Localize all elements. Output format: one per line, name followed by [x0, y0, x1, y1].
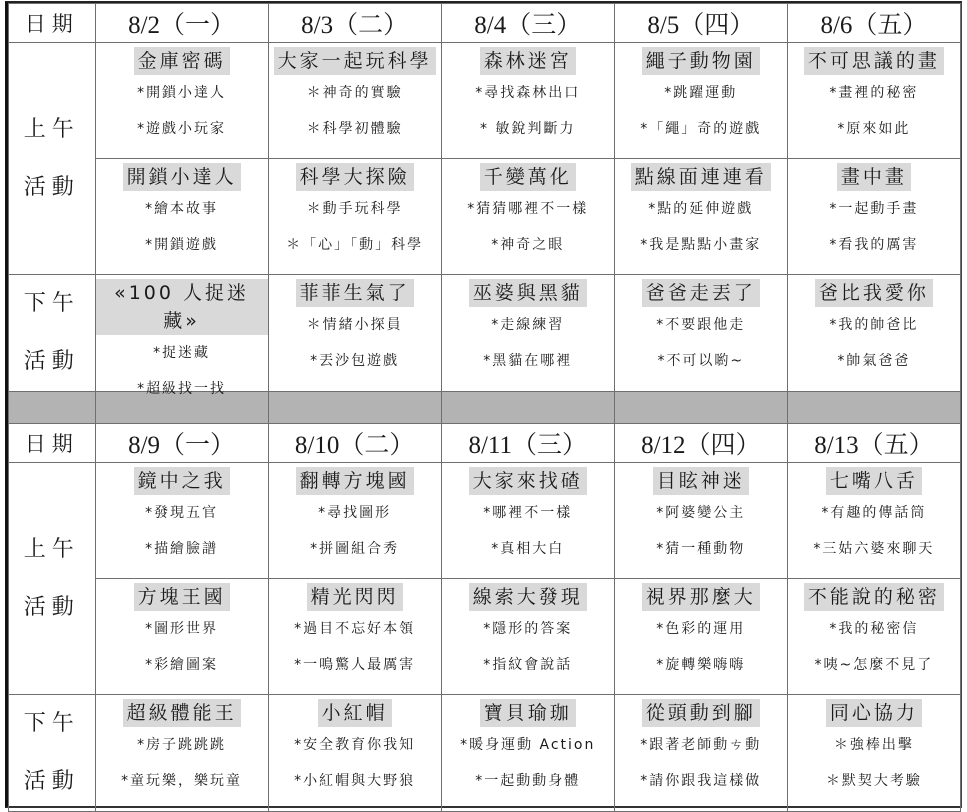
- activity-cell: 同心協力＊強棒出擊＊默契大考驗: [787, 695, 960, 812]
- activity-title: 點線面連連看: [631, 163, 771, 191]
- activity-block: 從頭動到腳*跟著老師動ㄘ動*請你跟我這樣做: [615, 695, 787, 810]
- activity-title: 森林迷宮: [480, 47, 576, 75]
- activity-cell: 視界那麼大*色彩的運用*旋轉樂嗨嗨: [614, 579, 787, 695]
- activity-item: *跳躍運動: [615, 75, 787, 111]
- activity-title: 超級體能王: [123, 699, 241, 727]
- activity-block: «100 人捉迷藏»*捉迷藏*超級找一找: [96, 275, 268, 390]
- activity-title: «100 人捉迷藏»: [96, 279, 268, 335]
- activity-item: *小紅帽與大野狼: [269, 763, 441, 799]
- activity-item: *有趣的傳話筒: [788, 495, 960, 531]
- activity-item: *哪裡不一樣: [442, 495, 614, 531]
- activity-block: 精光閃閃*過目不忘好本領*一鳴驚人最厲害: [269, 579, 441, 694]
- activity-title: 視界那麼大: [642, 583, 760, 611]
- activity-title: 從頭動到腳: [642, 699, 760, 727]
- activity-block: 大家一起玩科學＊神奇的實驗＊科學初體驗: [269, 43, 441, 158]
- activity-item: *猜一種動物: [615, 531, 787, 567]
- activity-title: 七嘴八舌: [826, 467, 922, 495]
- activity-title: 巫婆與黑貓: [469, 279, 587, 307]
- am1-row: 上午活動鏡中之我*發現五官*描繪臉譜翻轉方塊國*尋找圖形*拼圖組合秀大家來找碴*…: [9, 463, 961, 579]
- date-text: 8/13（五）: [814, 432, 933, 459]
- period-label-line: 活動: [9, 333, 95, 391]
- am1-row: 上午活動金庫密碼*開鎖小達人*遊戲小玩家大家一起玩科學＊神奇的實驗＊科學初體驗森…: [9, 43, 961, 159]
- activity-block: 開鎖小達人*繪本故事*開鎖遊戲: [96, 159, 268, 274]
- activity-item: *阿婆變公主: [615, 495, 787, 531]
- activity-title: 鏡中之我: [134, 467, 230, 495]
- separator-cell: [441, 392, 614, 424]
- activity-cell: 菲菲生氣了＊情緒小探員*丟沙包遊戲: [268, 275, 441, 392]
- period-label-line: 活動: [9, 753, 95, 811]
- date-cell: 8/12（四）: [614, 424, 787, 463]
- activity-item: * 敏銳判斷力: [442, 111, 614, 147]
- period-label-line: 下午: [9, 275, 95, 333]
- activity-block: 翻轉方塊國*尋找圖形*拼圖組合秀: [269, 463, 441, 578]
- activity-block: 爸比我愛你*我的帥爸比*帥氣爸爸: [788, 275, 960, 390]
- activity-item: *看我的厲害: [788, 227, 960, 263]
- activity-item: *不可以喲~: [615, 343, 787, 379]
- activity-title: 目眩神迷: [653, 467, 749, 495]
- activity-cell: 金庫密碼*開鎖小達人*遊戲小玩家: [95, 43, 268, 159]
- date-text: 8/11（三）: [468, 432, 587, 459]
- activity-item: *遊戲小玩家: [96, 111, 268, 147]
- activity-block: 繩子動物園*跳躍運動*「繩」奇的遊戲: [615, 43, 787, 158]
- date-cell: 8/13（五）: [787, 424, 960, 463]
- activity-item: *繪本故事: [96, 191, 268, 227]
- period-label-line: 活動: [9, 159, 95, 217]
- activity-cell: 從頭動到腳*跟著老師動ㄘ動*請你跟我這樣做: [614, 695, 787, 812]
- activity-block: 畫中畫*一起動手畫*看我的厲害: [788, 159, 960, 274]
- activity-item: ＊情緒小探員: [269, 307, 441, 343]
- activity-item: *真相大白: [442, 531, 614, 567]
- activity-item: *過目不忘好本領: [269, 611, 441, 647]
- activity-item: *彩繪圖案: [96, 647, 268, 683]
- activity-title: 線索大發現: [469, 583, 587, 611]
- activity-item: *我的帥爸比: [788, 307, 960, 343]
- period-label-line: 下午: [9, 695, 95, 753]
- date-header-row: 日期8/2（一）8/3（二）8/4（三）8/5（四）8/6（五）: [9, 4, 961, 43]
- activity-item: *原來如此: [788, 111, 960, 147]
- afternoon-activities-label: 下午活動: [9, 275, 96, 392]
- pm-row: 下午活動超級體能王*房子跳跳跳*童玩樂，樂玩童小紅帽*安全教育你我知*小紅帽與大…: [9, 695, 961, 812]
- date-cell: 8/5（四）: [614, 4, 787, 43]
- activity-cell: 千變萬化*猜猜哪裡不一樣*神奇之眼: [441, 159, 614, 275]
- activity-item: *咦~怎麼不見了: [788, 647, 960, 683]
- activity-item: *走線練習: [442, 307, 614, 343]
- activity-cell: 目眩神迷*阿婆變公主*猜一種動物: [614, 463, 787, 579]
- activity-item: *開鎖小達人: [96, 75, 268, 111]
- activity-item: *開鎖遊戲: [96, 227, 268, 263]
- activity-block: 巫婆與黑貓*走線練習*黑貓在哪裡: [442, 275, 614, 390]
- activity-cell: 不可思議的畫*畫裡的秘密*原來如此: [787, 43, 960, 159]
- activity-block: 森林迷宮*尋找森林出口* 敏銳判斷力: [442, 43, 614, 158]
- activity-title: 翻轉方塊國: [296, 467, 414, 495]
- activity-cell: 點線面連連看*點的延伸遊戲*我是點點小畫家: [614, 159, 787, 275]
- activity-item: *一鳴驚人最厲害: [269, 647, 441, 683]
- activity-block: 千變萬化*猜猜哪裡不一樣*神奇之眼: [442, 159, 614, 274]
- activity-cell: 爸比我愛你*我的帥爸比*帥氣爸爸: [787, 275, 960, 392]
- date-text: 8/5（四）: [647, 12, 754, 39]
- activity-block: 不能說的秘密*我的秘密信*咦~怎麼不見了: [788, 579, 960, 694]
- activity-cell: 大家來找碴*哪裡不一樣*真相大白: [441, 463, 614, 579]
- date-label: 日期: [25, 432, 79, 456]
- activity-item: *跟著老師動ㄘ動: [615, 727, 787, 763]
- activity-title: 畫中畫: [837, 163, 911, 191]
- activity-item: *拼圖組合秀: [269, 531, 441, 567]
- date-header-row: 日期8/9（一）8/10（二）8/11（三）8/12（四）8/13（五）: [9, 424, 961, 463]
- activity-block: 方塊王國*圖形世界*彩繪圖案: [96, 579, 268, 694]
- separator-cell: [614, 392, 787, 424]
- activity-item: *畫裡的秘密: [788, 75, 960, 111]
- activity-cell: 小紅帽*安全教育你我知*小紅帽與大野狼: [268, 695, 441, 812]
- activity-title: 方塊王國: [134, 583, 230, 611]
- activity-block: 超級體能王*房子跳跳跳*童玩樂，樂玩童: [96, 695, 268, 810]
- activity-cell: 大家一起玩科學＊神奇的實驗＊科學初體驗: [268, 43, 441, 159]
- activity-block: 目眩神迷*阿婆變公主*猜一種動物: [615, 463, 787, 578]
- date-cell: 8/10（二）: [268, 424, 441, 463]
- activity-title: 大家一起玩科學: [274, 47, 436, 75]
- activity-cell: 繩子動物園*跳躍運動*「繩」奇的遊戲: [614, 43, 787, 159]
- activity-title: 爸比我愛你: [815, 279, 933, 307]
- activity-title: 精光閃閃: [307, 583, 403, 611]
- activity-block: 視界那麼大*色彩的運用*旋轉樂嗨嗨: [615, 579, 787, 694]
- activity-cell: 科學大探險＊動手玩科學＊「心」「動」科學: [268, 159, 441, 275]
- date-text: 8/2（一）: [128, 12, 235, 39]
- activity-title: 小紅帽: [318, 699, 392, 727]
- date-text: 8/10（二）: [295, 432, 414, 459]
- activity-item: *隱形的答案: [442, 611, 614, 647]
- activity-item: *一起動手畫: [788, 191, 960, 227]
- date-text: 8/9（一）: [128, 432, 235, 459]
- pm-row: 下午活動«100 人捉迷藏»*捉迷藏*超級找一找菲菲生氣了＊情緒小探員*丟沙包遊…: [9, 275, 961, 392]
- activity-item: *暖身運動 Action: [442, 727, 614, 763]
- activity-item: ＊神奇的實驗: [269, 75, 441, 111]
- am2-row: 開鎖小達人*繪本故事*開鎖遊戲科學大探險＊動手玩科學＊「心」「動」科學千變萬化*…: [9, 159, 961, 275]
- activity-block: 小紅帽*安全教育你我知*小紅帽與大野狼: [269, 695, 441, 810]
- activity-item: *色彩的運用: [615, 611, 787, 647]
- morning-activities-label: 上午活動: [9, 43, 96, 275]
- date-label-cell: 日期: [9, 4, 96, 43]
- activity-block: 點線面連連看*點的延伸遊戲*我是點點小畫家: [615, 159, 787, 274]
- activity-block: 菲菲生氣了＊情緒小探員*丟沙包遊戲: [269, 275, 441, 390]
- date-cell: 8/11（三）: [441, 424, 614, 463]
- morning-activities-label: 上午活動: [9, 463, 96, 695]
- period-label-line: 活動: [9, 579, 95, 637]
- date-cell: 8/2（一）: [95, 4, 268, 43]
- activity-item: ＊科學初體驗: [269, 111, 441, 147]
- activity-item: *猜猜哪裡不一樣: [442, 191, 614, 227]
- date-text: 8/4（三）: [474, 12, 581, 39]
- activity-block: 科學大探險＊動手玩科學＊「心」「動」科學: [269, 159, 441, 274]
- activity-item: *黑貓在哪裡: [442, 343, 614, 379]
- activity-cell: 超級體能王*房子跳跳跳*童玩樂，樂玩童: [95, 695, 268, 812]
- afternoon-activities-label: 下午活動: [9, 695, 96, 812]
- separator-cell: [9, 392, 96, 424]
- activity-title: 開鎖小達人: [123, 163, 241, 191]
- activity-cell: 方塊王國*圖形世界*彩繪圖案: [95, 579, 268, 695]
- activity-block: 鏡中之我*發現五官*描繪臉譜: [96, 463, 268, 578]
- activity-item: *「繩」奇的遊戲: [615, 111, 787, 147]
- activity-title: 金庫密碼: [134, 47, 230, 75]
- activity-item: *神奇之眼: [442, 227, 614, 263]
- activity-cell: 不能說的秘密*我的秘密信*咦~怎麼不見了: [787, 579, 960, 695]
- activity-cell: 精光閃閃*過目不忘好本領*一鳴驚人最厲害: [268, 579, 441, 695]
- activity-title: 不能說的秘密: [804, 583, 944, 611]
- separator-cell: [787, 392, 960, 424]
- activity-title: 不可思議的畫: [804, 47, 944, 75]
- activity-item: ＊「心」「動」科學: [269, 227, 441, 263]
- date-text: 8/3（二）: [301, 12, 408, 39]
- activity-block: 同心協力＊強棒出擊＊默契大考驗: [788, 695, 960, 810]
- activity-item: *描繪臉譜: [96, 531, 268, 567]
- date-cell: 8/6（五）: [787, 4, 960, 43]
- activity-block: 大家來找碴*哪裡不一樣*真相大白: [442, 463, 614, 578]
- activity-item: *不要跟他走: [615, 307, 787, 343]
- activity-item: *圖形世界: [96, 611, 268, 647]
- activity-item: *帥氣爸爸: [788, 343, 960, 379]
- activity-cell: 鏡中之我*發現五官*描繪臉譜: [95, 463, 268, 579]
- activity-cell: 寶貝瑜珈*暖身運動 Action*一起動動身體: [441, 695, 614, 812]
- activity-block: 不可思議的畫*畫裡的秘密*原來如此: [788, 43, 960, 158]
- activity-cell: 巫婆與黑貓*走線練習*黑貓在哪裡: [441, 275, 614, 392]
- activity-item: *指紋會說話: [442, 647, 614, 683]
- activity-item: *三姑六婆來聊天: [788, 531, 960, 567]
- activity-title: 寶貝瑜珈: [480, 699, 576, 727]
- activity-item: ＊默契大考驗: [788, 763, 960, 799]
- date-label: 日期: [25, 12, 79, 36]
- am2-row: 方塊王國*圖形世界*彩繪圖案精光閃閃*過目不忘好本領*一鳴驚人最厲害線索大發現*…: [9, 579, 961, 695]
- activity-title: 科學大探險: [296, 163, 414, 191]
- activity-item: *房子跳跳跳: [96, 727, 268, 763]
- activity-item: *安全教育你我知: [269, 727, 441, 763]
- activity-item: *尋找圖形: [269, 495, 441, 531]
- activity-item: *點的延伸遊戲: [615, 191, 787, 227]
- activity-title: 爸爸走丟了: [642, 279, 760, 307]
- activity-block: 金庫密碼*開鎖小達人*遊戲小玩家: [96, 43, 268, 158]
- activity-cell: 翻轉方塊國*尋找圖形*拼圖組合秀: [268, 463, 441, 579]
- activity-item: *旋轉樂嗨嗨: [615, 647, 787, 683]
- activity-item: ＊動手玩科學: [269, 191, 441, 227]
- activity-title: 同心協力: [826, 699, 922, 727]
- activity-cell: «100 人捉迷藏»*捉迷藏*超級找一找: [95, 275, 268, 392]
- activity-block: 寶貝瑜珈*暖身運動 Action*一起動動身體: [442, 695, 614, 810]
- activity-schedule-table: 日期8/2（一）8/3（二）8/4（三）8/5（四）8/6（五）上午活動金庫密碼…: [5, 1, 962, 808]
- activity-block: 爸爸走丟了*不要跟他走*不可以喲~: [615, 275, 787, 390]
- activity-item: *丟沙包遊戲: [269, 343, 441, 379]
- date-label-cell: 日期: [9, 424, 96, 463]
- activity-item: ＊強棒出擊: [788, 727, 960, 763]
- activity-title: 菲菲生氣了: [296, 279, 414, 307]
- activity-item: *童玩樂，樂玩童: [96, 763, 268, 799]
- activity-item: *捉迷藏: [96, 335, 268, 371]
- activity-title: 千變萬化: [480, 163, 576, 191]
- activity-block: 線索大發現*隱形的答案*指紋會說話: [442, 579, 614, 694]
- activity-item: *尋找森林出口: [442, 75, 614, 111]
- activity-title: 大家來找碴: [469, 467, 587, 495]
- activity-item: *請你跟我這樣做: [615, 763, 787, 799]
- separator-cell: [268, 392, 441, 424]
- activity-title: 繩子動物園: [642, 47, 760, 75]
- activity-item: *我是點點小畫家: [615, 227, 787, 263]
- activity-cell: 畫中畫*一起動手畫*看我的厲害: [787, 159, 960, 275]
- activity-block: 七嘴八舌*有趣的傳話筒*三姑六婆來聊天: [788, 463, 960, 578]
- activity-cell: 線索大發現*隱形的答案*指紋會說話: [441, 579, 614, 695]
- date-cell: 8/3（二）: [268, 4, 441, 43]
- activity-item: *我的秘密信: [788, 611, 960, 647]
- period-label-line: 上午: [9, 101, 95, 159]
- date-cell: 8/4（三）: [441, 4, 614, 43]
- schedule-grid: 日期8/2（一）8/3（二）8/4（三）8/5（四）8/6（五）上午活動金庫密碼…: [8, 3, 961, 812]
- period-label-line: 上午: [9, 521, 95, 579]
- activity-cell: 七嘴八舌*有趣的傳話筒*三姑六婆來聊天: [787, 463, 960, 579]
- date-text: 8/6（五）: [820, 12, 927, 39]
- date-text: 8/12（四）: [641, 432, 760, 459]
- activity-item: *一起動動身體: [442, 763, 614, 799]
- activity-cell: 爸爸走丟了*不要跟他走*不可以喲~: [614, 275, 787, 392]
- date-cell: 8/9（一）: [95, 424, 268, 463]
- activity-cell: 開鎖小達人*繪本故事*開鎖遊戲: [95, 159, 268, 275]
- activity-cell: 森林迷宮*尋找森林出口* 敏銳判斷力: [441, 43, 614, 159]
- activity-item: *發現五官: [96, 495, 268, 531]
